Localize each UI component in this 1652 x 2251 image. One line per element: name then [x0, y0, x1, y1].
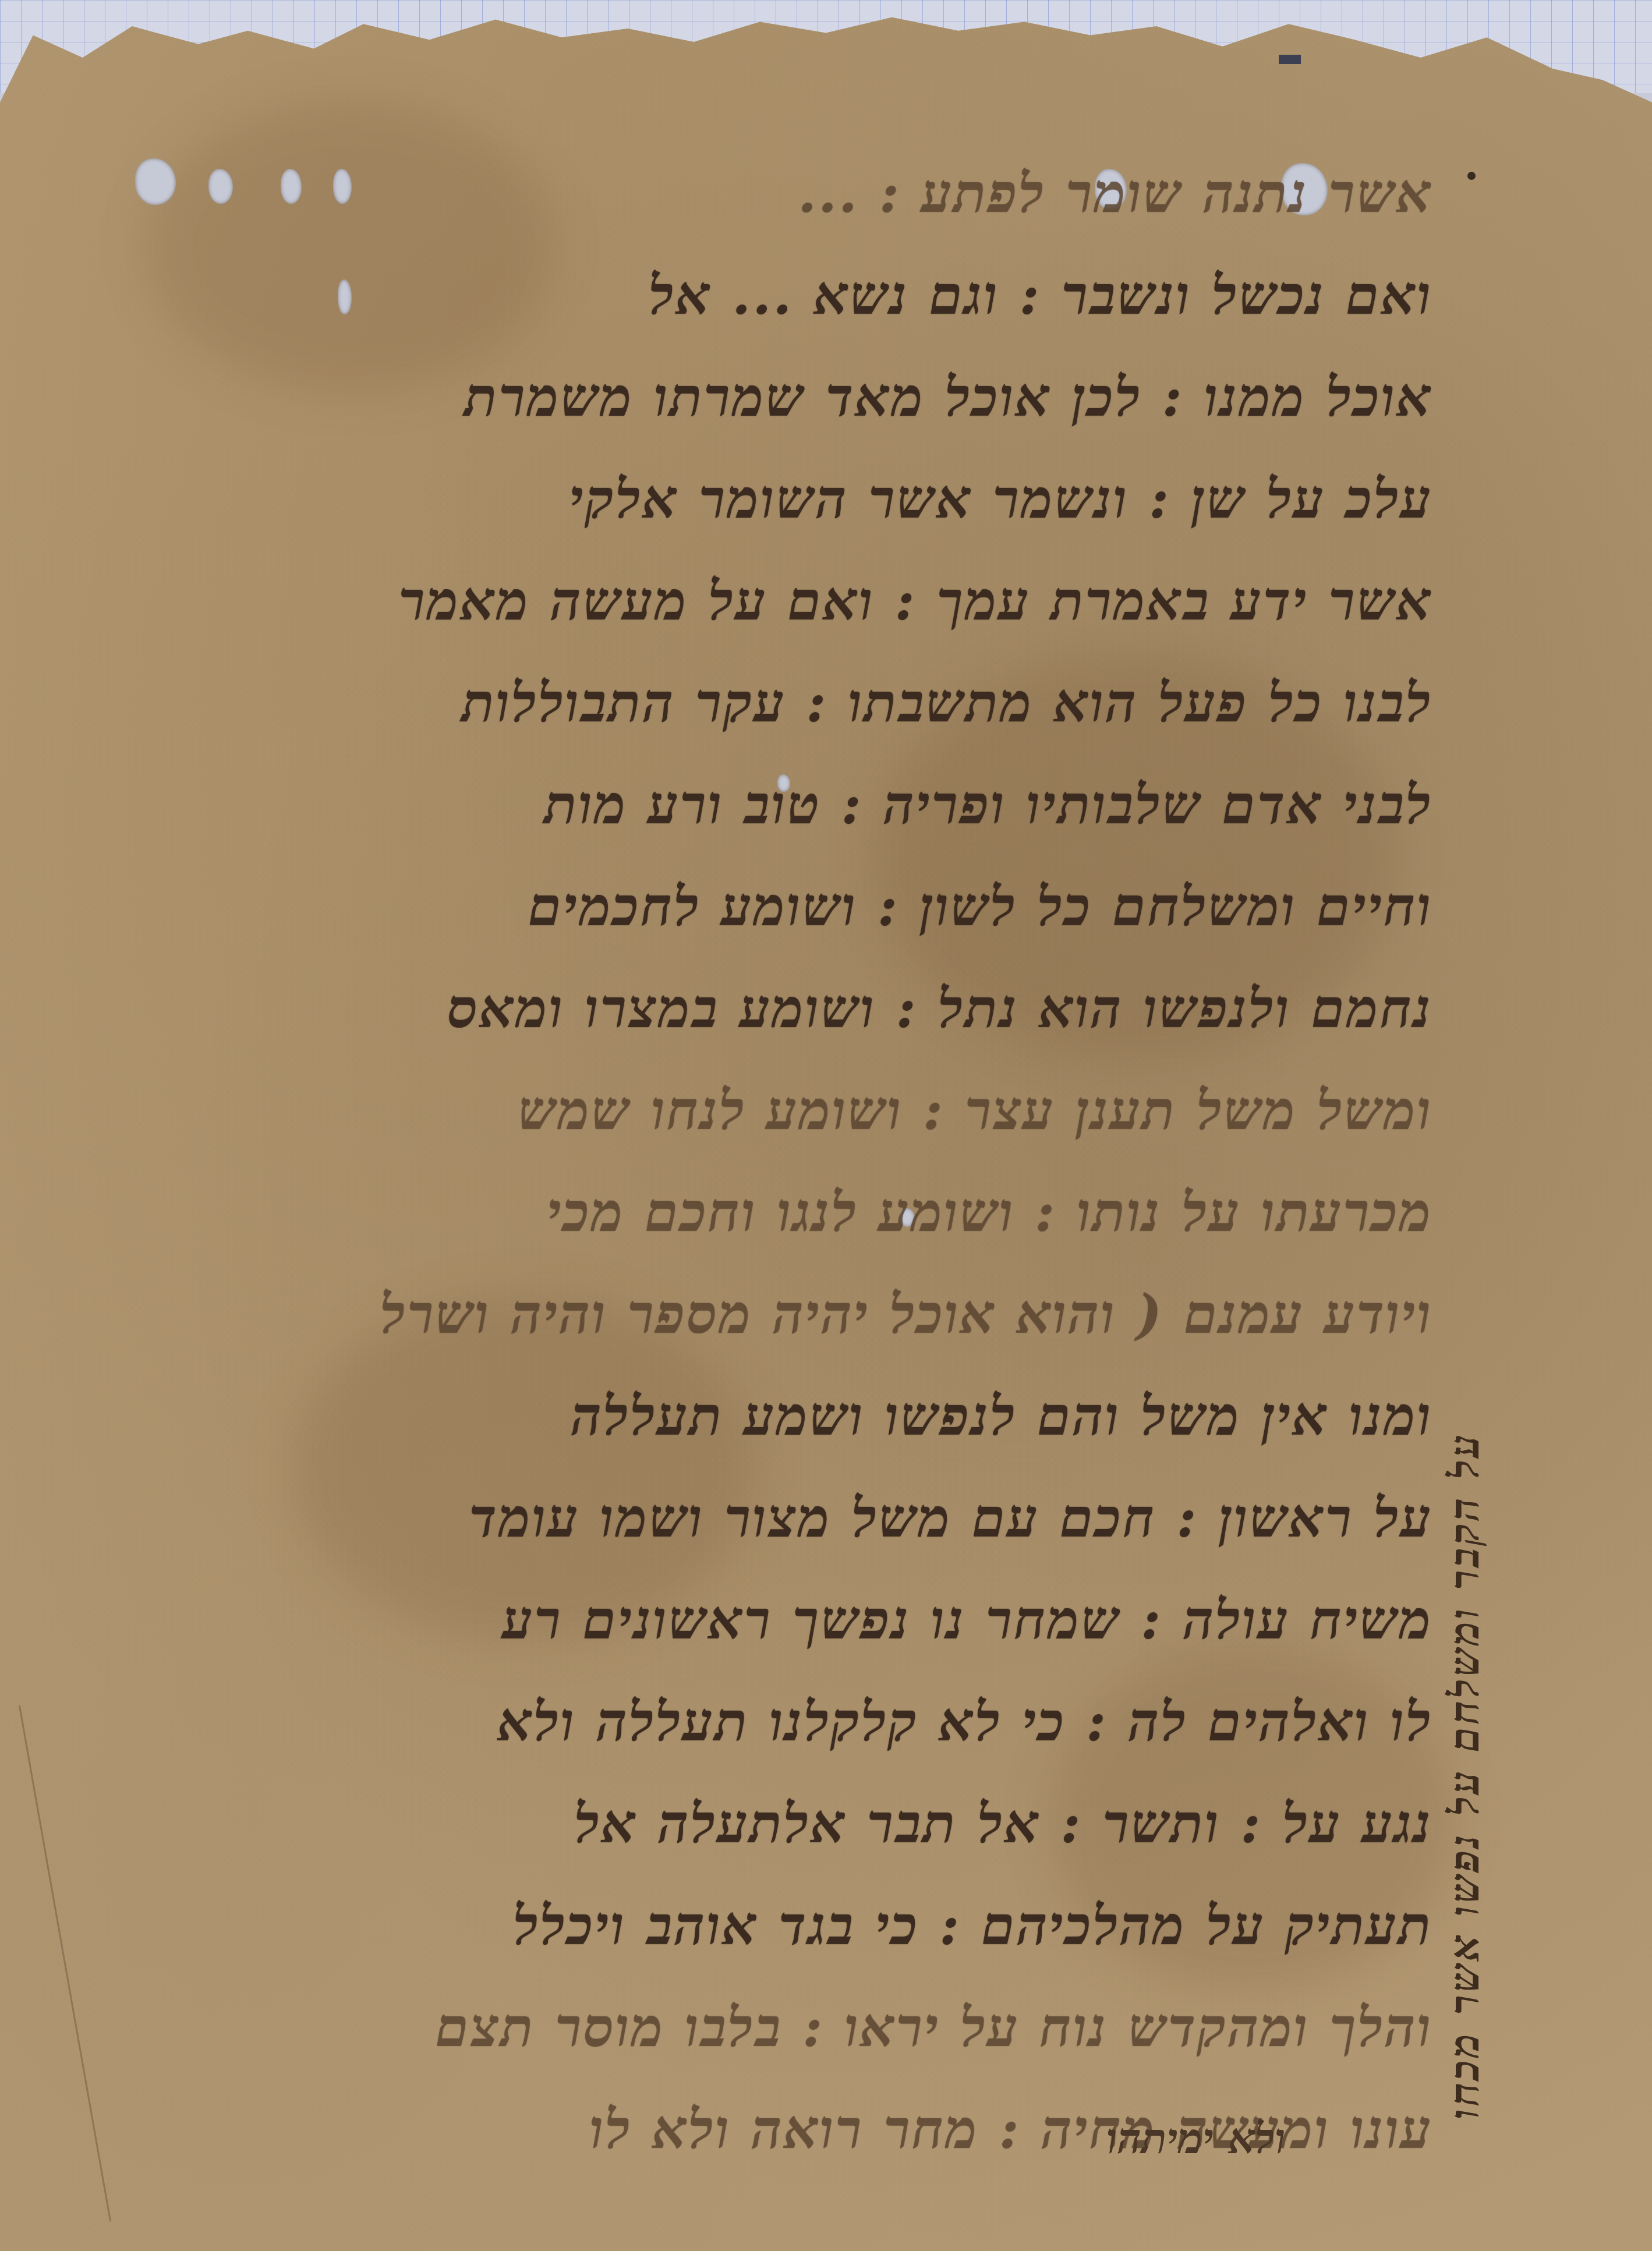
text-line: על ראשון : חכם עם משל מצור ושמו עומד [99, 1467, 1432, 1569]
text-line: נגע על : ותשר : אל תבר אלתעלה אל [99, 1773, 1432, 1875]
text-line: ומשל משל תענן עצר : ושומע לנחו שמש [99, 1060, 1432, 1162]
crease [19, 1705, 111, 2222]
main-text-block: אשר נתנה שומר לפתע : ... ואם נכשל ונשבר … [99, 143, 1432, 2181]
ink-dot [1467, 172, 1476, 180]
text-line: מכרעתו על נותו : ושומע לנגו וחכם מכי [99, 1162, 1432, 1263]
text-line: משיח עולה : שמחר נו נפשך ראשונים רע [99, 1569, 1432, 1671]
text-line: והלך ומהקדש נוח על יראו : בלבו מוסר תצם [99, 1977, 1432, 2079]
text-line: ואם נכשל ונשבר : וגם נשא ... אל [99, 245, 1432, 346]
text-line: לבני אדם שלבותיו ופריה : טוב ורע מות [99, 754, 1432, 856]
text-line: ומנו אין משל והם לנפשו ושמע תעללה [99, 1365, 1432, 1467]
margin-note-text: על הקבר ומשלחם על נפשו אשר מכחו [1440, 1432, 1489, 2119]
catchword: ולא ימיתהו [1106, 2114, 1286, 2164]
text-line: תעתיק על מהלכיהם : כי בגד אוהב ויכלל [99, 1875, 1432, 1977]
text-line: נחמם ולנפשו הוא נתל : ושומע במצרו ומאס [99, 958, 1432, 1060]
text-line: אוכל ממנו : לכן אוכל מאד שמרתו משמרת [99, 346, 1432, 448]
text-line: וחיים ומשלחם כל לשון : ושומע לחכמים [99, 856, 1432, 958]
text-line: לו ואלהים לה : כי לא קלקלנו תעללה ולא [99, 1671, 1432, 1773]
scanner-marker [1279, 55, 1301, 64]
text-line: ויודע עמנם ( והוא אוכל יהיה מספר והיה וש… [99, 1263, 1432, 1365]
text-line: אשר נתנה שומר לפתע : ... [99, 143, 1432, 245]
text-line: עלכ על שן : ונשמר אשר השומר אלקי [99, 448, 1432, 550]
text-line: אשר ידע באמרת עמך : ואם על מעשה מאמר [99, 550, 1432, 652]
text-line: לבנו כל פעל הוא מתשבתו : עקר התבוללות [99, 652, 1432, 754]
vertical-margin-note: על הקבר ומשלחם על נפשו אשר מכחו [1430, 1362, 1499, 2189]
